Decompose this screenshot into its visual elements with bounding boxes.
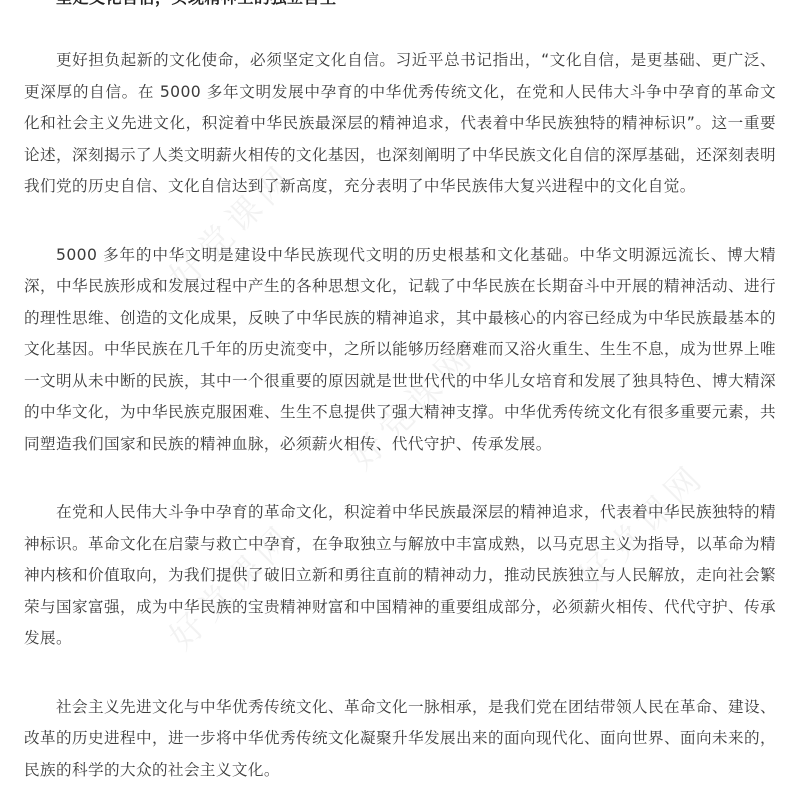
paragraph-3: 在党和人民伟大斗争中孕育的革命文化，积淀着中华民族最深层的精神追求，代表着中华民… <box>24 497 776 655</box>
section-heading: 坚定文化自信，实现精神上的独立自主 <box>24 0 776 13</box>
paragraph-2: 5000 多年的中华文明是建设中华民族现代文明的历史根基和文化基础。中华文明源远… <box>24 240 776 461</box>
paragraph-1: 更好担负起新的文化使命，必须坚定文化自信。习近平总书记指出，“文化自信，是更基础… <box>24 45 776 203</box>
paragraph-4: 社会主义先进文化与中华优秀传统文化、革命文化一脉相承，是我们党在团结带领人民在革… <box>24 692 776 787</box>
article-body: 坚定文化自信，实现精神上的独立自主 更好担负起新的文化使命，必须坚定文化自信。习… <box>24 0 776 786</box>
